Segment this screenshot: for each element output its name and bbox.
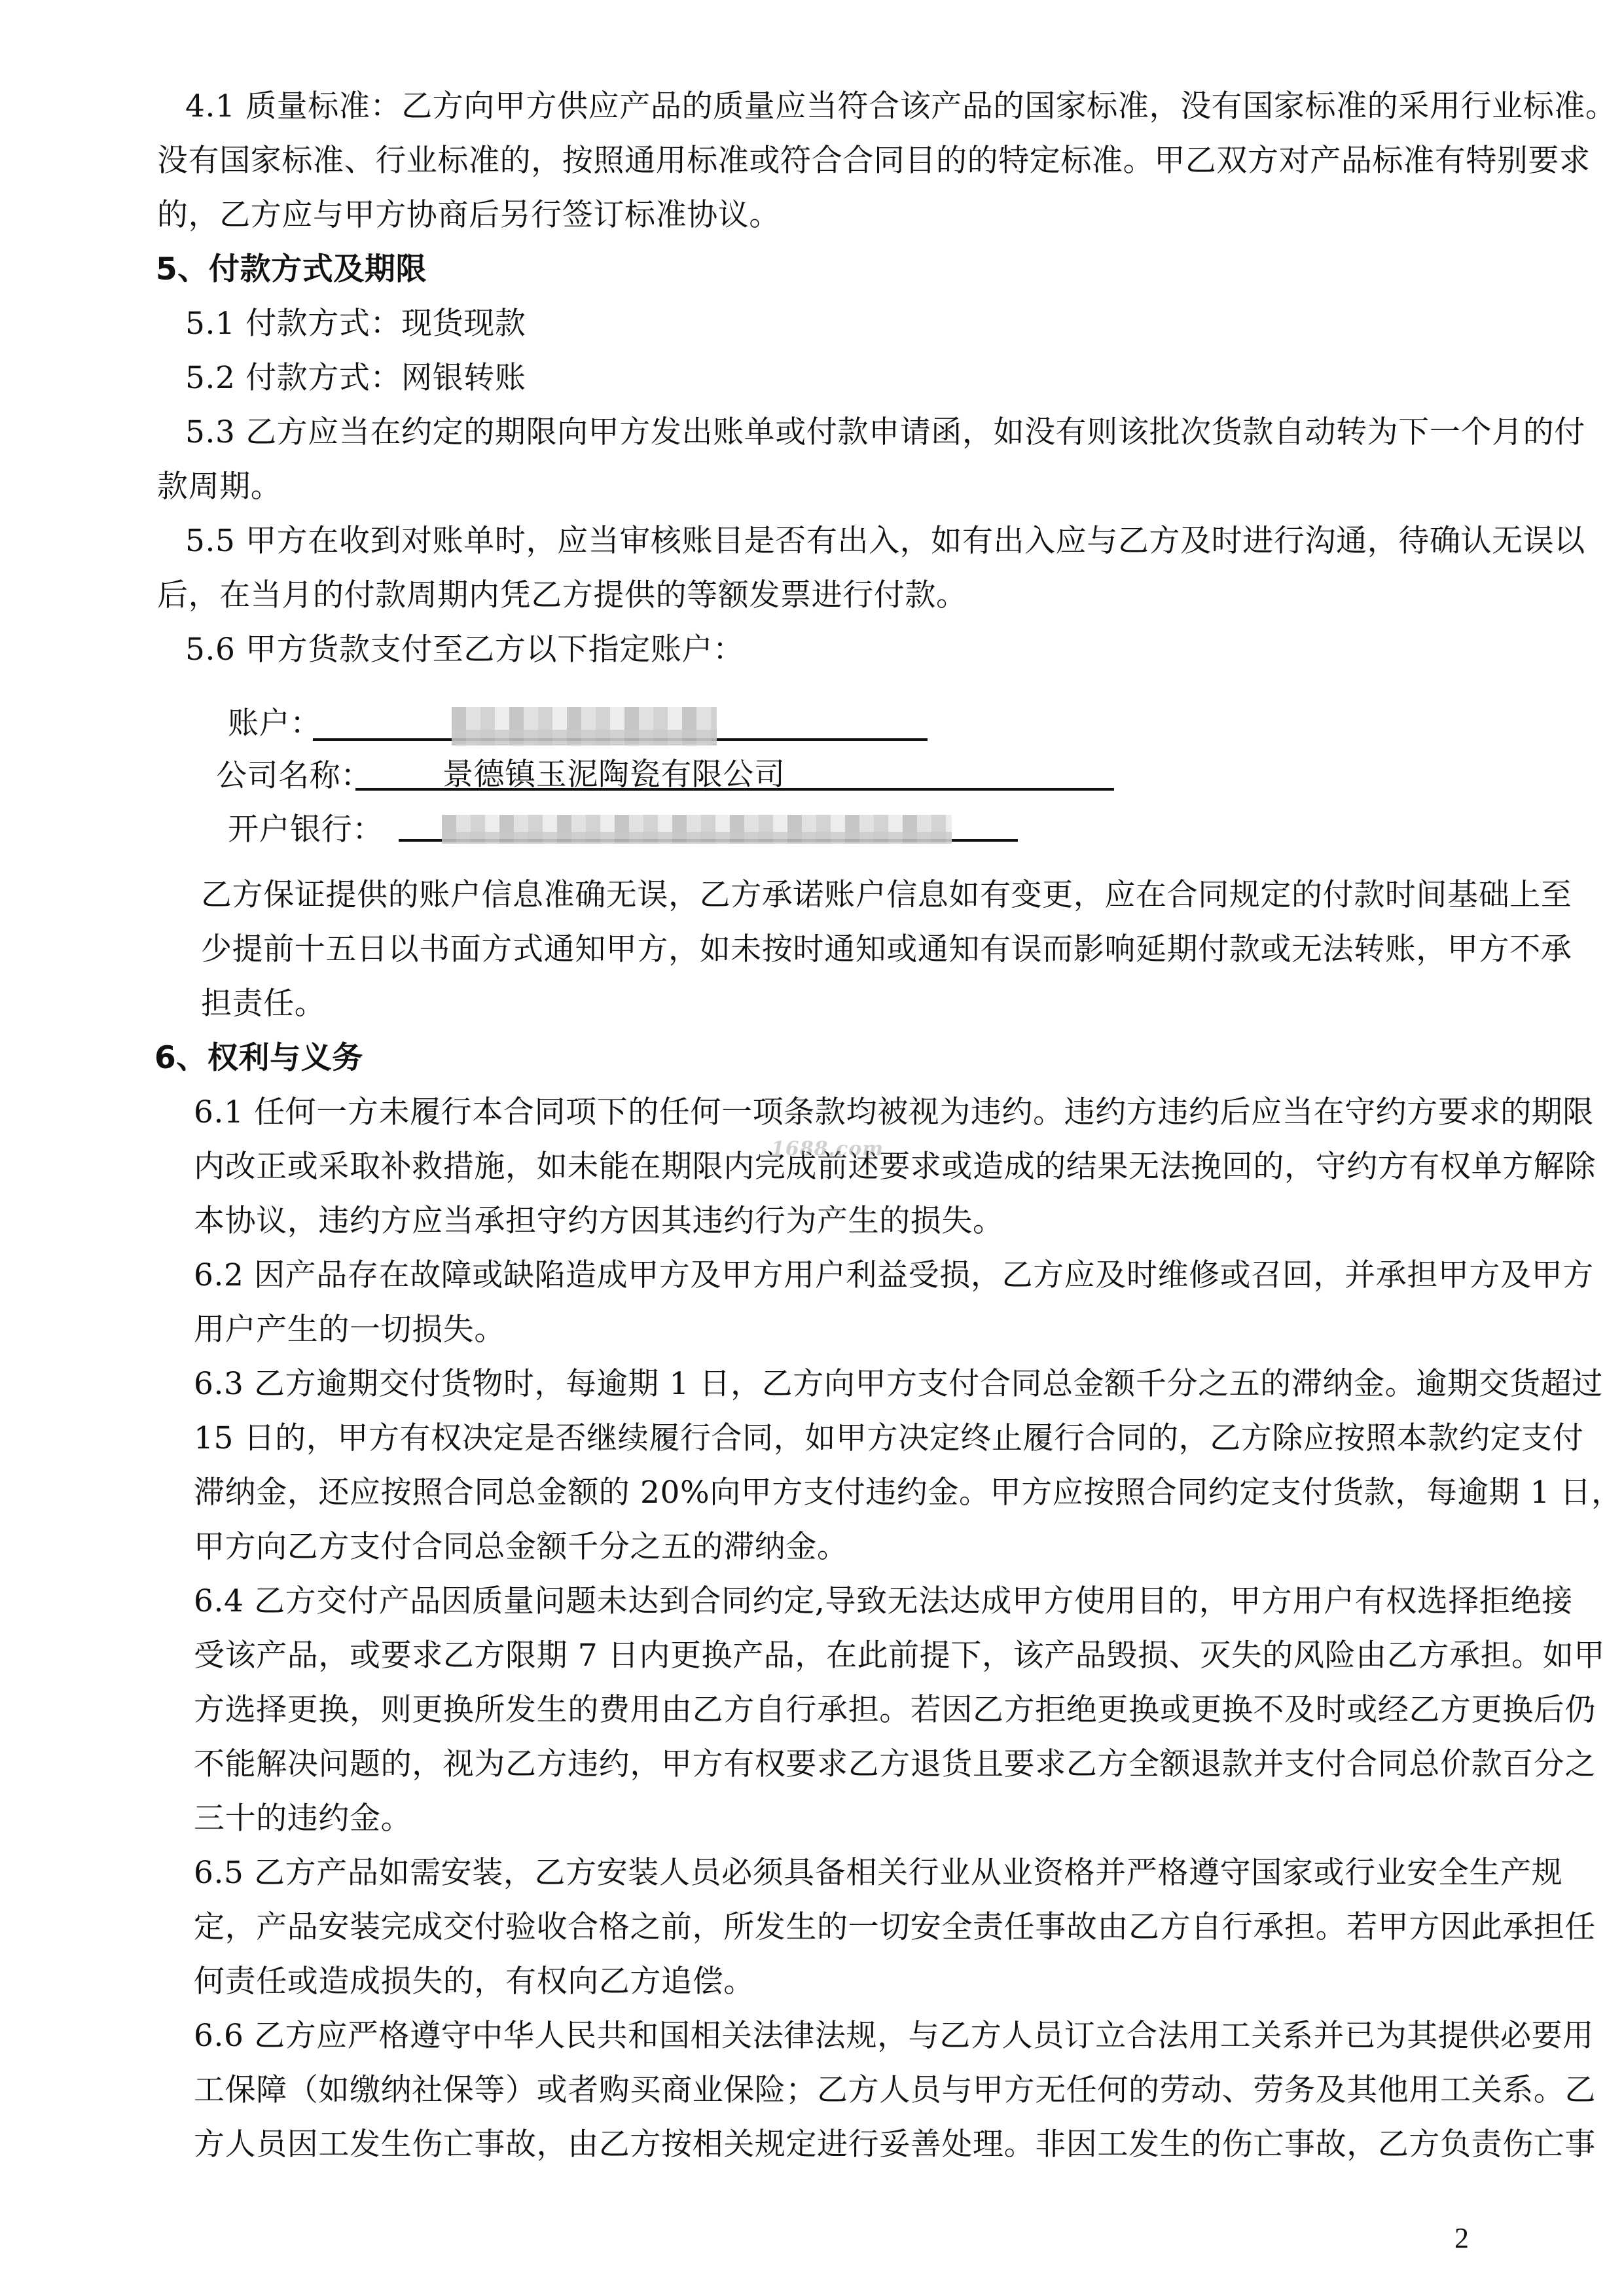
clause-6-6-line-2: 工保障（如缴纳社保等）或者购买商业保险；乙方人员与甲方无任何的劳动、劳务及其他用… (194, 2072, 1470, 2109)
clause-6-3-line-3: 滞纳金，还应按照合同总金额的 20%向甲方支付违约金。甲方应按照合同约定支付货款… (194, 1475, 1470, 1511)
clause-5-6: 5.6 甲方货款支付至乙方以下指定账户： (185, 632, 744, 668)
account-value-redacted (452, 707, 717, 745)
clause-5-2: 5.2 付款方式：网银转账 (185, 360, 526, 397)
clause-4-1-line-1: 4.1 质量标准：乙方向甲方供应产品的质量应当符合该产品的国家标准，没有国家标准… (185, 88, 1470, 125)
guarantee-line-2: 少提前十五日以书面方式通知甲方，如未按时通知或通知有误而影响延期付款或无法转账，… (201, 931, 1470, 968)
page-number: 2 (1454, 2221, 1469, 2255)
clause-6-2-line-2: 用户产生的一切损失。 (194, 1312, 505, 1348)
company-name-value: 景德镇玉泥陶瓷有限公司 (442, 757, 785, 793)
clause-6-5-line-1: 6.5 乙方产品如需安装，乙方安装人员必须具备相关行业从业资格并严格遵守国家或行… (194, 1855, 1457, 1892)
document-page: 4.1 质量标准：乙方向甲方供应产品的质量应当符合该产品的国家标准，没有国家标准… (0, 0, 1624, 2296)
clause-6-4-line-2: 受该产品，或要求乙方限期 7 日内更换产品，在此前提下，该产品毁损、灭失的风险由… (194, 1638, 1470, 1674)
clause-6-4-line-3: 方选择更换，则更换所发生的费用由乙方自行承担。若因乙方拒绝更换或更换不及时或经乙… (194, 1692, 1470, 1729)
clause-5-3-line-2: 款周期。 (157, 469, 281, 505)
watermark: 1688.com (771, 1138, 884, 1160)
clause-5-5-line-1: 5.5 甲方在收到对账单时，应当审核账目是否有出入，如有出入应与乙方及时进行沟通… (185, 523, 1470, 560)
account-label: 账户： (228, 706, 321, 742)
section-6-heading: 6、权利与义务 (154, 1040, 363, 1077)
clause-4-1-line-3: 的，乙方应与甲方协商后另行签订标准协议。 (157, 197, 780, 234)
clause-6-3-line-1: 6.3 乙方逾期交付货物时，每逾期 1 日，乙方向甲方支付合同总金额千分之五的滞… (194, 1366, 1470, 1403)
clause-6-6-line-3: 方人员因工发生伤亡事故，由乙方按相关规定进行妥善处理。非因工发生的伤亡事故，乙方… (194, 2126, 1470, 2163)
clause-6-1-line-1: 6.1 任何一方未履行本合同项下的任何一项条款均被视为违约。违约方违约后应当在守… (194, 1094, 1470, 1131)
company-name-label: 公司名称： (216, 758, 372, 795)
guarantee-line-1: 乙方保证提供的账户信息准确无误，乙方承诺账户信息如有变更，应在合同规定的付款时间… (201, 877, 1470, 914)
clause-5-5-line-2: 后，在当月的付款周期内凭乙方提供的等额发票进行付款。 (157, 577, 967, 614)
clause-6-1-line-3: 本协议，违约方应当承担守约方因其违约行为产生的损失。 (194, 1203, 1004, 1240)
clause-6-6-line-1: 6.6 乙方应严格遵守中华人民共和国相关法律法规，与乙方人员订立合法用工关系并已… (194, 2018, 1470, 2054)
clause-6-4-line-5: 三十的违约金。 (194, 1801, 412, 1837)
clause-6-4-line-1: 6.4 乙方交付产品因质量问题未达到合同约定,导致无法达成甲方使用目的，甲方用户… (194, 1583, 1470, 1620)
guarantee-line-3: 担责任。 (201, 986, 325, 1022)
clause-5-1: 5.1 付款方式：现货现款 (185, 306, 526, 342)
clause-6-4-line-4: 不能解决问题的，视为乙方违约，甲方有权要求乙方退货且要求乙方全额退款并支付合同总… (194, 1746, 1470, 1783)
clause-6-2-line-1: 6.2 因产品存在故障或缺陷造成甲方及甲方用户利益受损，乙方应及时维修或召回，并… (194, 1257, 1470, 1294)
clause-6-3-line-2: 15 日的，甲方有权决定是否继续履行合同，如甲方决定终止履行合同的，乙方除应按照… (194, 1420, 1470, 1457)
clause-6-3-line-4: 甲方向乙方支付合同总金额千分之五的滞纳金。 (194, 1529, 848, 1566)
clause-4-1-line-2: 没有国家标准、行业标准的，按照通用标准或符合合同目的的特定标准。甲乙双方对产品标… (157, 143, 1470, 179)
clause-5-3-line-1: 5.3 乙方应当在约定的期限向甲方发出账单或付款申请函，如没有则该批次货款自动转… (185, 414, 1470, 451)
clause-6-5-line-2: 定，产品安装完成交付验收合格之前，所发生的一切安全责任事故由乙方自行承担。若甲方… (194, 1909, 1470, 1946)
bank-value-redacted (442, 815, 952, 844)
bank-label: 开户银行： (228, 812, 384, 848)
section-5-heading: 5、付款方式及期限 (156, 251, 427, 288)
clause-6-5-line-3: 何责任或造成损失的，有权向乙方追偿。 (194, 1964, 755, 2000)
